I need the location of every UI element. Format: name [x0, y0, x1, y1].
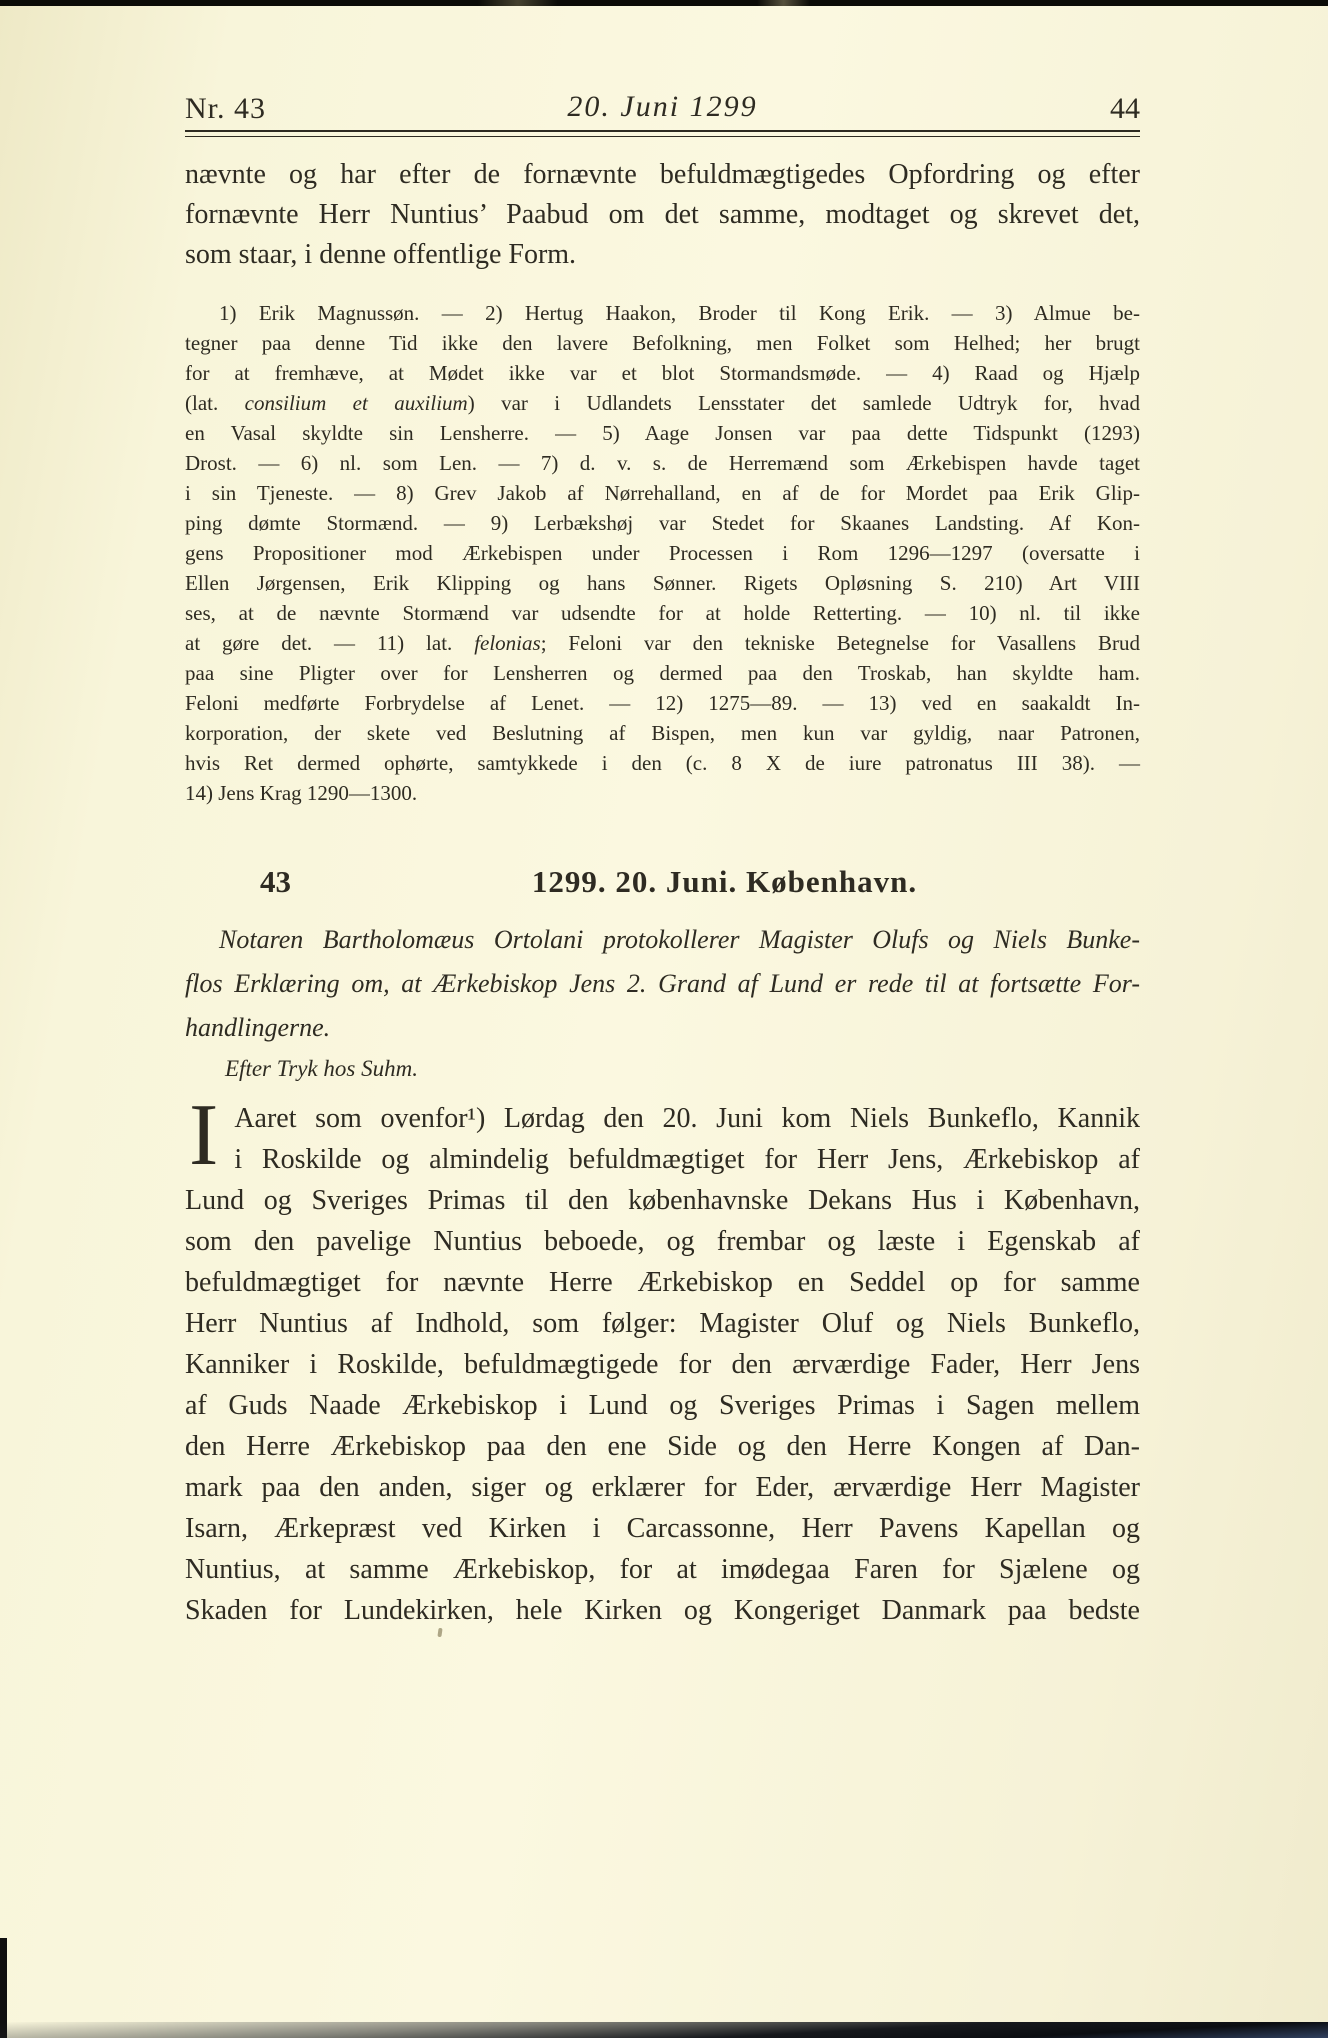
text-line: Skaden for Lundekirken, hele Kirken og K…: [185, 1590, 1140, 1631]
footnotes-block: 1) Erik Magnussøn. — 2) Hertug Haakon, B…: [185, 298, 1140, 808]
text-line: mark paa den anden, siger og erklærer fo…: [185, 1467, 1140, 1508]
page-content: Nr. 43 20. Juni 1299 44 nævnte og har ef…: [185, 92, 1140, 1631]
text-line: tegner paa denne Tid ikke den lavere Bef…: [185, 328, 1140, 358]
text-line: at gøre det. — 11) lat. felonias; Feloni…: [185, 628, 1140, 658]
entry-number-right: 44: [1110, 92, 1140, 126]
text-line: en Vasal skyldte sin Lensherre. — 5) Aag…: [185, 418, 1140, 448]
text-line: Herr Nuntius af Indhold, som følger: Mag…: [185, 1303, 1140, 1344]
main-text: I Aaret som ovenfor¹) Lørdag den 20. Jun…: [185, 1098, 1140, 1631]
text-line: af Guds Naade Ærkebiskop i Lund og Sveri…: [185, 1385, 1140, 1426]
text-line: den Herre Ærkebiskop paa den ene Side og…: [185, 1426, 1140, 1467]
text-line: 1) Erik Magnussøn. — 2) Hertug Haakon, B…: [185, 298, 1140, 328]
text-line: handlingerne.: [185, 1006, 1140, 1050]
text-line: flos Erklæring om, at Ærkebiskop Jens 2.…: [185, 962, 1140, 1006]
ink-speck-artifact: [437, 1628, 442, 1637]
text-line: Lund og Sveriges Primas til den københav…: [185, 1180, 1140, 1221]
text-line: fornævnte Herr Nuntius’ Paabud om det sa…: [185, 195, 1140, 235]
text-line: Drost. — 6) nl. som Len. — 7) d. v. s. d…: [185, 448, 1140, 478]
text-line: Aaret som ovenfor¹) Lørdag den 20. Juni …: [185, 1098, 1140, 1139]
text-line: Isarn, Ærkepræst ved Kirken i Carcassonn…: [185, 1508, 1140, 1549]
text-line: som staar, i denne offentlige Form.: [185, 235, 1140, 275]
scanned-book-page: Nr. 43 20. Juni 1299 44 nævnte og har ef…: [0, 0, 1328, 2038]
entry-summary: Notaren Bartholomæus Ortolani protokolle…: [185, 918, 1140, 1050]
text-line: ses, at de nævnte Stormænd var udsendte …: [185, 598, 1140, 628]
scan-bottom-edge: [0, 2022, 1328, 2038]
source-note: Efter Tryk hos Suhm.: [185, 1054, 1140, 1084]
text-line: for at fremhæve, at Mødet ikke var et bl…: [185, 358, 1140, 388]
text-line: nævnte og har efter de fornævnte befuldm…: [185, 155, 1140, 195]
text-line: korporation, der skete ved Beslutning af…: [185, 718, 1140, 748]
text-line: som den pavelige Nuntius beboede, og fre…: [185, 1221, 1140, 1262]
text-line: ping dømte Stormænd. — 9) Lerbækshøj var…: [185, 508, 1140, 538]
scan-top-edge: [0, 0, 1328, 6]
text-line: i sin Tjeneste. — 8) Grev Jakob af Nørre…: [185, 478, 1140, 508]
text-line: befuldmægtiget for nævnte Herre Ærkebisk…: [185, 1262, 1140, 1303]
text-line: paa sine Pligter over for Lensherren og …: [185, 658, 1140, 688]
text-line: i Roskilde og almindelig befuldmægtiget …: [185, 1139, 1140, 1180]
text-line: hvis Ret dermed ophørte, samtykkede i de…: [185, 748, 1140, 778]
entry-heading: 43 1299. 20. Juni. København.: [185, 864, 1140, 904]
main-text-lines: Aaret som ovenfor¹) Lørdag den 20. Juni …: [185, 1098, 1140, 1631]
text-line: 14) Jens Krag 1290—1300.: [185, 778, 1140, 808]
text-line: Notaren Bartholomæus Ortolani protokolle…: [185, 918, 1140, 962]
entry-heading-title: 1299. 20. Juni. København.: [247, 864, 1202, 900]
intro-paragraph: nævnte og har efter de fornævnte befuldm…: [185, 155, 1140, 275]
text-line: (lat. consilium et auxilium) var i Udlan…: [185, 388, 1140, 418]
text-line: Kanniker i Roskilde, befuldmægtigede for…: [185, 1344, 1140, 1385]
header-rule: [185, 130, 1140, 137]
text-line: Ellen Jørgensen, Erik Klipping og hans S…: [185, 568, 1140, 598]
running-head: Nr. 43 20. Juni 1299 44: [185, 92, 1140, 128]
text-line: Nuntius, at samme Ærkebiskop, for at imø…: [185, 1549, 1140, 1590]
drop-cap: I: [185, 1098, 234, 1180]
running-head-date: 20. Juni 1299: [185, 90, 1140, 124]
text-line: gens Propositioner mod Ærkebispen under …: [185, 538, 1140, 568]
text-line: Feloni medførte Forbrydelse af Lenet. — …: [185, 688, 1140, 718]
